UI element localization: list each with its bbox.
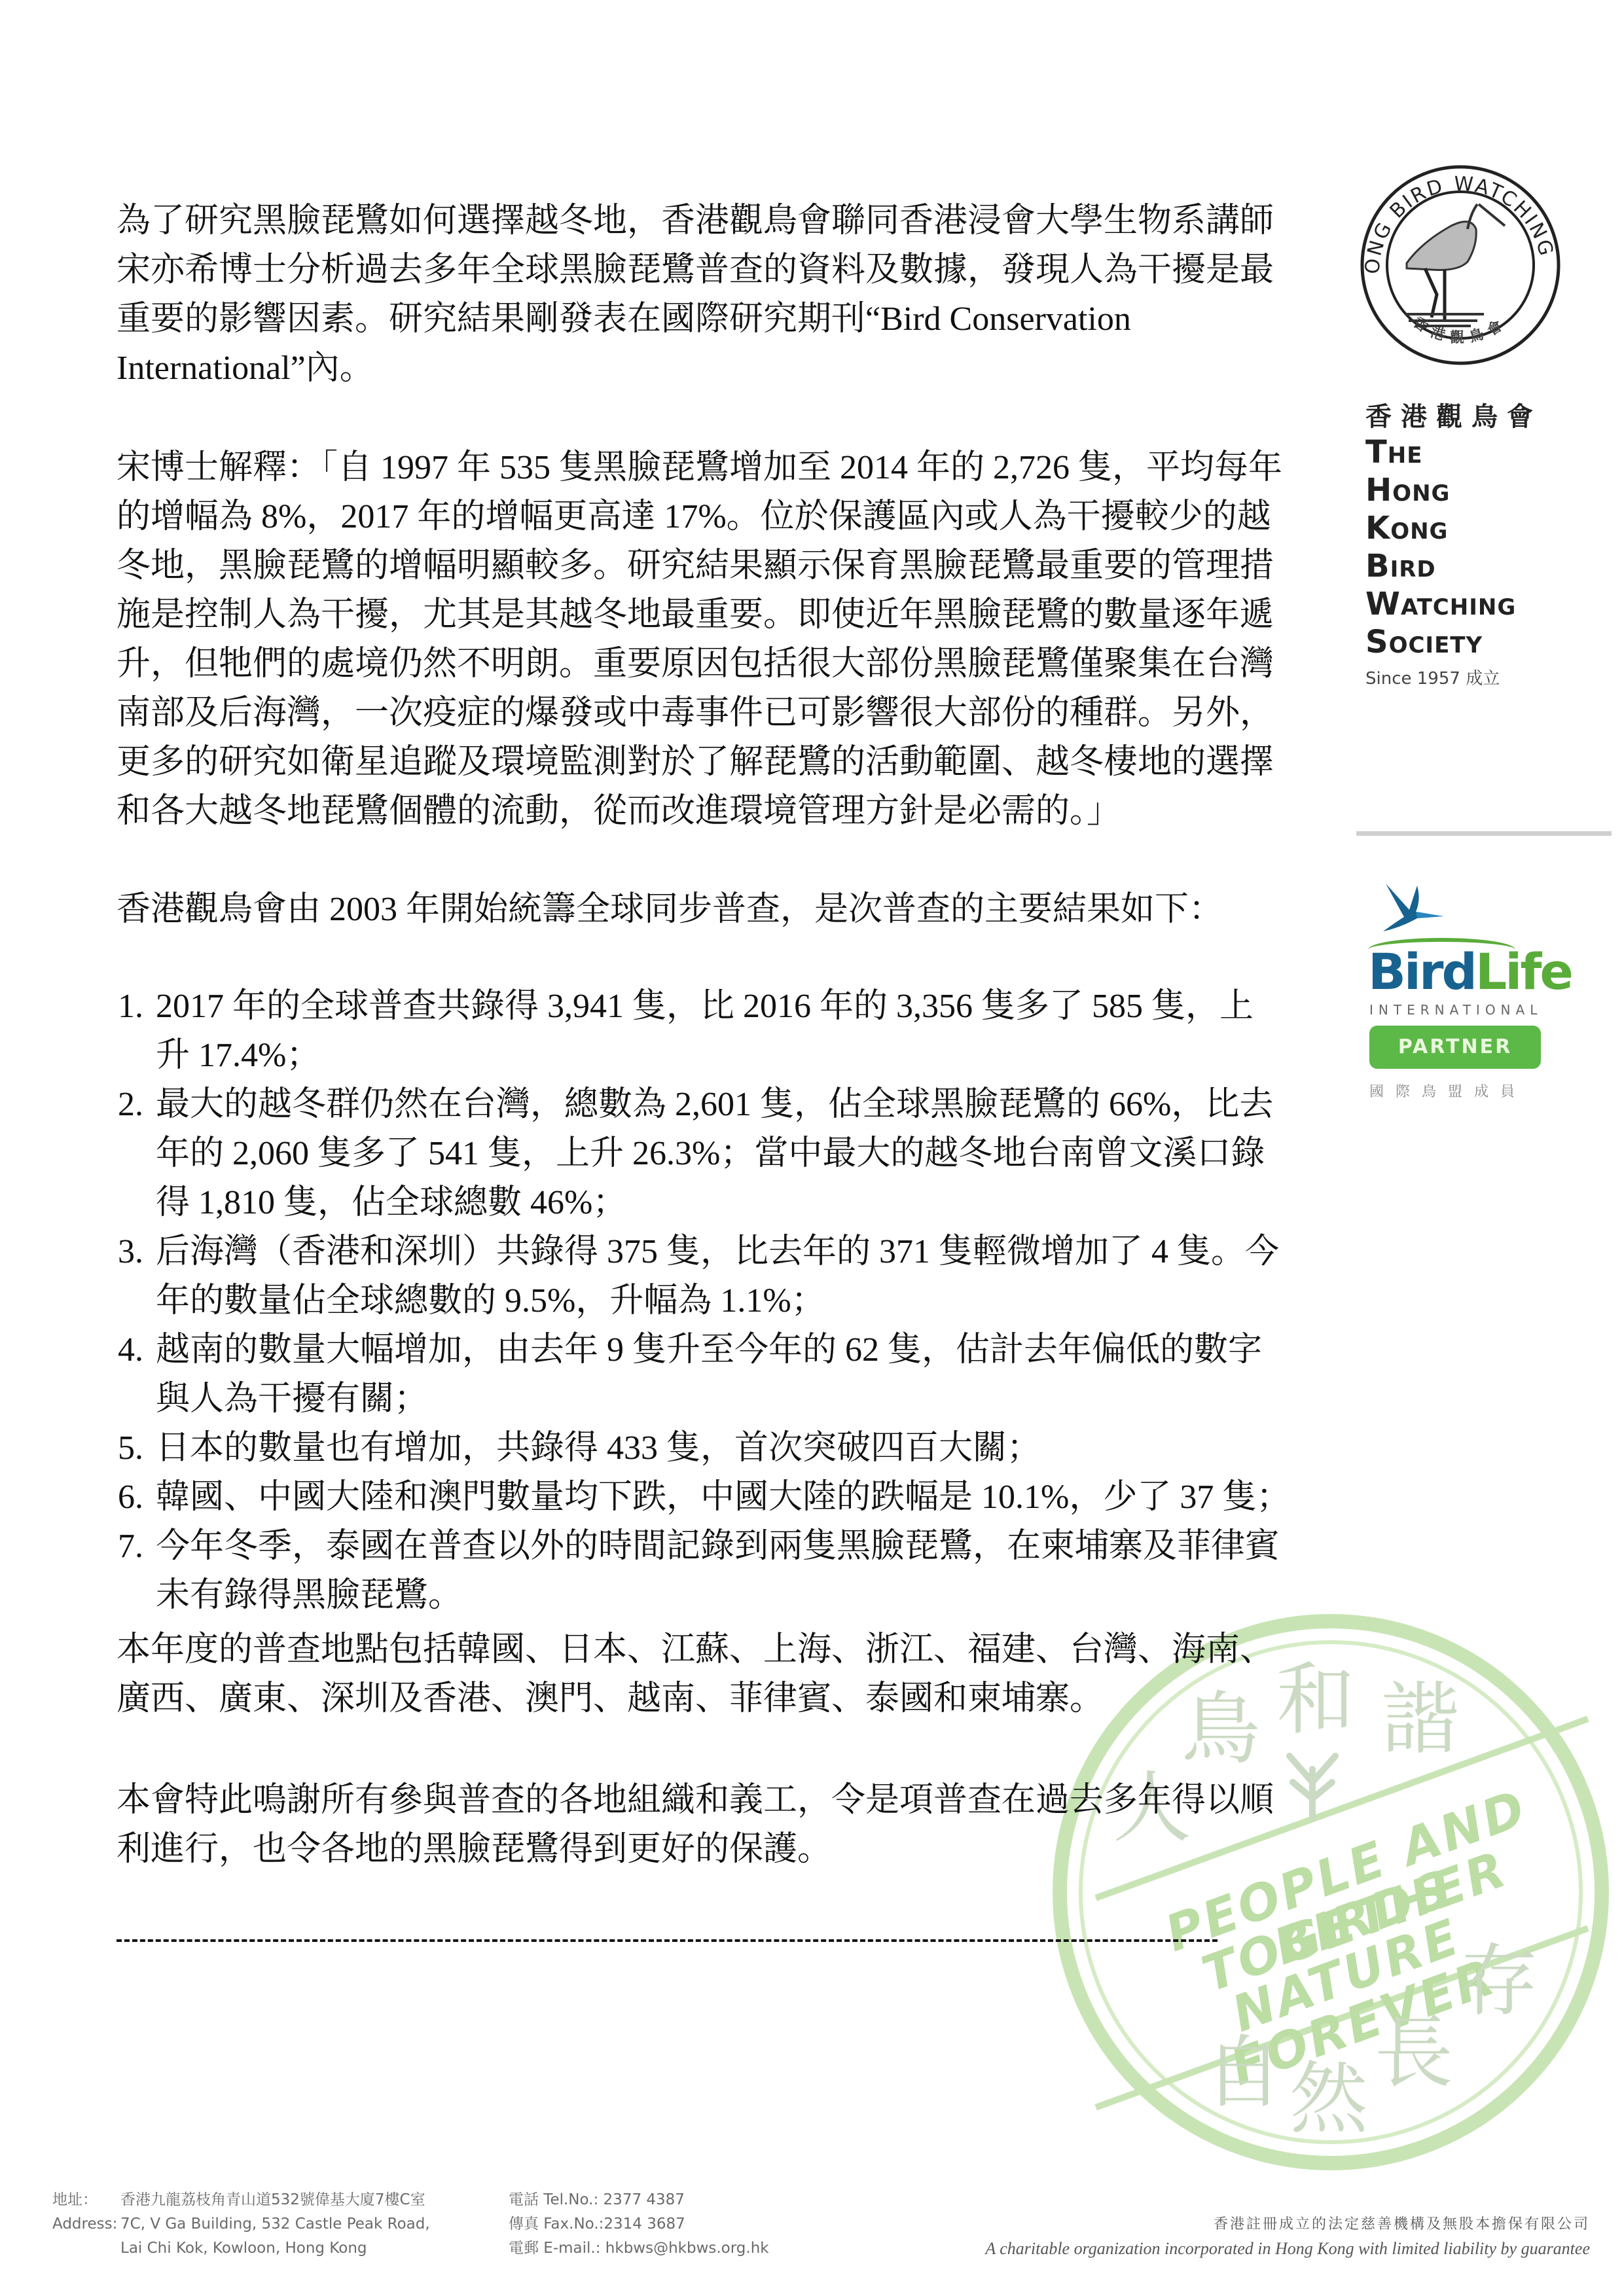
text-line: 今年冬季，泰國在普查以外的時間記錄到兩隻黑臉琵鷺，在柬埔寨及菲律賓 [156, 1522, 1295, 1571]
list-item: 5. 日本的數量也有增加，共錄得 433 隻，首次突破四百大關； [117, 1424, 1295, 1473]
flying-bird-icon [1378, 880, 1450, 933]
stamp-char: 諧 [1381, 1681, 1460, 1759]
text-line: 宋博士解釋：「自 1997 年 535 隻黑臉琵鷺增加至 2014 年的 2,7… [117, 443, 1295, 492]
birdlife-member-zh: 國際鳥盟成員 [1369, 1081, 1526, 1101]
list-number: 2. [118, 1080, 143, 1129]
text-line: 更多的研究如衛星追蹤及環境監測對於了解琵鷺的活動範圍、越冬棲地的選擇 [117, 738, 1295, 787]
text-line: 的增幅為 8%，2017 年的增幅更高達 17%。位於保護區內或人為干擾較少的越 [117, 492, 1295, 541]
text-line: 本年度的普查地點包括韓國、日本、江蘇、上海、浙江、福建、台灣、海南、 [117, 1625, 1295, 1674]
list-item: 7. 今年冬季，泰國在普查以外的時間記錄到兩隻黑臉琵鷺，在柬埔寨及菲律賓 未有錄… [117, 1522, 1295, 1620]
text-line: 年的數量佔全球總數的 9.5%，升幅為 1.1%； [156, 1276, 1295, 1325]
footer-contact: 電話 Tel.No.: 2377 4387 傳真 Fax.No.:2314 36… [509, 2188, 769, 2261]
paragraph-census-intro: 香港觀鳥會由 2003 年開始統籌全球同步普查，是次普查的主要結果如下： [117, 885, 1295, 934]
list-item: 2. 最大的越冬群仍然在台灣，總數為 2,601 隻，佔全球黑臉琵鷺的 66%，… [117, 1080, 1295, 1227]
text-line: 升 17.4%； [156, 1031, 1295, 1080]
egret-circle-logo-icon: HONG KONG BIRD WATCHING SOCIETY 香港觀鳥會 [1360, 164, 1561, 367]
text-line: 冬地，黑臉琵鷺的增幅明顯較多。研究結果顯示保育黑臉琵鷺最重要的管理措 [117, 541, 1295, 590]
birdlife-wordmark: BirdLife [1368, 946, 1572, 998]
text-line: 廣西、廣東、深圳及香港、澳門、越南、菲律賓、泰國和柬埔寨。 [117, 1674, 1295, 1723]
since-label: Since 1957 成立 [1365, 669, 1542, 689]
text-line: 日本的數量也有增加，共錄得 433 隻，首次突破四百大關； [156, 1424, 1295, 1473]
text-line: 香港觀鳥會由 2003 年開始統籌全球同步普查，是次普查的主要結果如下： [117, 885, 1295, 934]
text-line: 重要的影響因素。研究結果剛發表在國際研究期刊“Bird Conservation [117, 295, 1295, 344]
text-line: 未有錄得黑臉琵鷺。 [156, 1571, 1295, 1620]
text-line: 與人為干擾有關； [156, 1374, 1295, 1424]
list-number: 5. [118, 1424, 143, 1473]
address-zh: 香港九龍荔枝角青山道532號偉基大廈7樓C室 [120, 2191, 425, 2208]
list-item: 6. 韓國、中國大陸和澳門數量均下跌，中國大陸的跌幅是 10.1%，少了 37 … [117, 1473, 1295, 1522]
society-name-en: The [1365, 433, 1542, 471]
svg-text:香港觀鳥會: 香港觀鳥會 [1410, 314, 1511, 346]
society-name-en: Hong [1365, 471, 1542, 509]
list-number: 4. [118, 1325, 143, 1374]
address-label-zh: 地址： [52, 2188, 120, 2212]
dashed-separator [117, 1939, 1218, 1942]
list-item: 4. 越南的數量大幅增加，由去年 9 隻升至今年的 62 隻，估計去年偏低的數字… [117, 1325, 1295, 1424]
text-line: 后海灣（香港和深圳）共錄得 375 隻，比去年的 371 隻輕微增加了 4 隻。… [156, 1227, 1295, 1276]
text-line: 為了研究黑臉琵鷺如何選擇越冬地，香港觀鳥會聯同香港浸會大學生物系講師 [117, 196, 1295, 245]
list-number: 3. [118, 1227, 143, 1276]
stamp-char: 自 [1204, 2034, 1283, 2113]
society-name-en: Society [1365, 623, 1542, 661]
text-line: 越南的數量大幅增加，由去年 9 隻升至今年的 62 隻，估計去年偏低的數字 [156, 1325, 1295, 1374]
text-line: 升，但牠們的處境仍然不明朗。重要原因包括很大部份黑臉琵鷺僅聚集在台灣 [117, 639, 1295, 689]
text-line: 2017 年的全球普查共錄得 3,941 隻，比 2016 年的 3,356 隻… [156, 982, 1295, 1031]
text-line: 和各大越冬地琵鷺個體的流動，從而改進環境管理方針是必需的。」 [117, 787, 1295, 836]
address-label-en: Address: [52, 2212, 120, 2236]
society-name-en: Kong [1365, 509, 1542, 547]
birdlife-international: INTERNATIONAL [1369, 1002, 1542, 1018]
list-number: 1. [118, 982, 143, 1031]
society-name-zh: 香港觀鳥會 [1365, 401, 1542, 433]
fax-number: 傳真 Fax.No.:2314 3687 [509, 2212, 769, 2236]
society-name-block: 香港觀鳥會 The Hong Kong Bird Watching Societ… [1365, 401, 1542, 689]
society-name-en: Bird [1365, 547, 1542, 585]
paragraph-intro: 為了研究黑臉琵鷺如何選擇越冬地，香港觀鳥會聯同香港浸會大學生物系講師 宋亦希博士… [117, 196, 1295, 393]
sidebar-divider [1356, 831, 1612, 836]
text-line: 利進行，也令各地的黑臉琵鷺得到更好的保護。 [117, 1825, 1295, 1874]
text-line: 得 1,810 隻，佔全球總數 46%； [156, 1178, 1295, 1227]
address-en-line2: Lai Chi Kok, Kowloon, Hong Kong [120, 2240, 367, 2257]
list-number: 6. [118, 1473, 143, 1522]
text-line: 年的 2,060 隻多了 541 隻，上升 26.3%；當中最大的越冬地台南曾文… [156, 1129, 1295, 1178]
stamp-char: 存 [1460, 1943, 1538, 2021]
paragraph-quote: 宋博士解釋：「自 1997 年 535 隻黑臉琵鷺增加至 2014 年的 2,7… [117, 443, 1295, 836]
list-item: 3. 后海灣（香港和深圳）共錄得 375 隻，比去年的 371 隻輕微增加了 4… [117, 1227, 1295, 1325]
paragraph-acknowledgement: 本會特此鳴謝所有參與普查的各地組織和義工，令是項普查在過去多年得以順 利進行，也… [117, 1776, 1295, 1874]
text-line: 韓國、中國大陸和澳門數量均下跌，中國大陸的跌幅是 10.1%，少了 37 隻； [156, 1473, 1295, 1522]
results-list: 1. 2017 年的全球普查共錄得 3,941 隻，比 2016 年的 3,35… [117, 982, 1295, 1620]
partner-badge: PARTNER [1369, 1026, 1541, 1069]
text-line: 本會特此鳴謝所有參與普查的各地組織和義工，令是項普查在過去多年得以順 [117, 1776, 1295, 1825]
footer-address: 地址：香港九龍荔枝角青山道532號偉基大廈7樓C室 Address:7C, V … [52, 2188, 430, 2261]
text-line: International”內。 [117, 344, 1295, 393]
address-en-line1: 7C, V Ga Building, 532 Castle Peak Road, [120, 2215, 430, 2233]
text-line: 宋亦希博士分析過去多年全球黑臉琵鷺普查的資料及數據，發現人為干擾是最 [117, 245, 1295, 295]
stamp-char: 長 [1375, 2015, 1453, 2093]
text-line: 南部及后海灣，一次疫症的爆發或中毒事件已可影響很大部份的種群。另外， [117, 689, 1295, 738]
list-item: 1. 2017 年的全球普查共錄得 3,941 隻，比 2016 年的 3,35… [117, 982, 1295, 1080]
tel-number: 電話 Tel.No.: 2377 4387 [509, 2188, 769, 2212]
text-line: 施是控制人為干擾，尤其是其越冬地最重要。即使近年黑臉琵鷺的數量逐年遞 [117, 590, 1295, 639]
paragraph-census-locations: 本年度的普查地點包括韓國、日本、江蘇、上海、浙江、福建、台灣、海南、 廣西、廣東… [117, 1625, 1295, 1723]
society-name-en: Watching [1365, 585, 1542, 623]
legal-status-en: A charitable organization incorporated i… [985, 2236, 1590, 2261]
email-link[interactable]: 電郵 E-mail.: hkbws@hkbws.org.hk [509, 2236, 769, 2261]
text-line: 最大的越冬群仍然在台灣，總數為 2,601 隻，佔全球黑臉琵鷺的 66%，比去 [156, 1080, 1295, 1129]
stamp-char: 然 [1290, 2060, 1368, 2139]
list-number: 7. [118, 1522, 143, 1571]
legal-status-zh: 香港註冊成立的法定慈善機構及無股本擔保有限公司 [985, 2212, 1590, 2236]
footer-legal: 香港註冊成立的法定慈善機構及無股本擔保有限公司 A charitable org… [985, 2212, 1590, 2261]
